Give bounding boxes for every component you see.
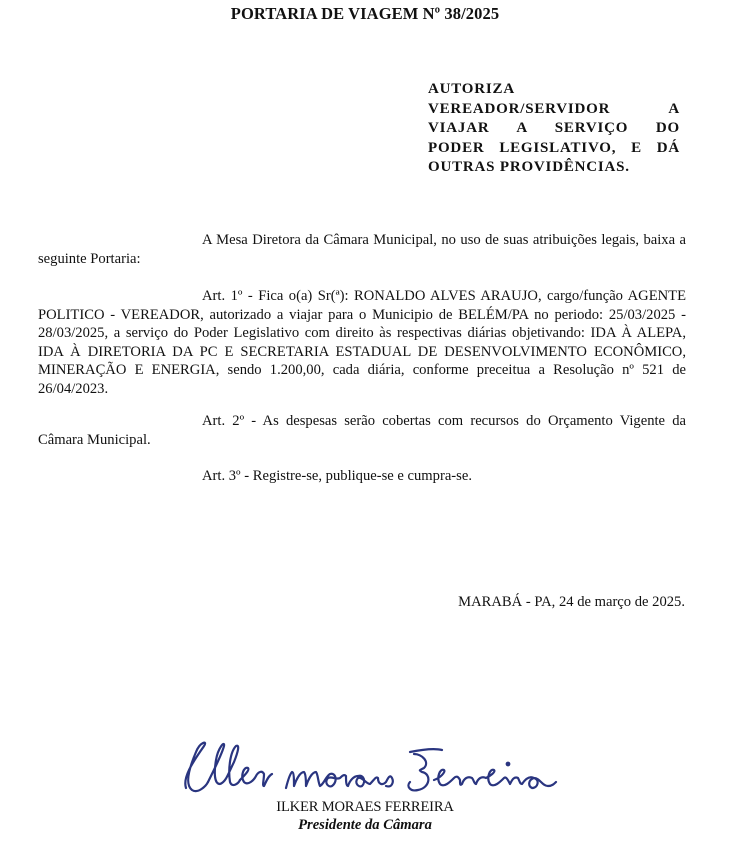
signer-name: ILKER MORAES FERREIRA [0, 799, 730, 816]
ementa-line: OUTRAS PROVIDÊNCIAS. [428, 158, 680, 178]
article-1: Art. 1º - Fica o(a) Sr(ª): RONALDO ALVES… [38, 287, 686, 398]
paragraph-text: Art. 2º - As despesas serão cobertas com… [38, 412, 686, 449]
paragraph-text: Art. 1º - Fica o(a) Sr(ª): RONALDO ALVES… [38, 287, 686, 398]
article-2: Art. 2º - As despesas serão cobertas com… [38, 412, 686, 449]
ementa-line: VEREADOR/SERVIDOR A [428, 100, 680, 120]
preamble-paragraph: A Mesa Diretora da Câmara Municipal, no … [38, 231, 686, 268]
handwritten-signature [178, 736, 558, 802]
place-date: MARABÁ - PA, 24 de março de 2025. [458, 594, 685, 611]
paragraph-text: A Mesa Diretora da Câmara Municipal, no … [38, 231, 686, 268]
ementa-line: PODER LEGISLATIVO, E DÁ [428, 139, 680, 159]
ementa-line: AUTORIZA [428, 80, 680, 100]
ementa: AUTORIZA VEREADOR/SERVIDOR A VIAJAR A SE… [428, 80, 680, 178]
document-title: PORTARIA DE VIAGEM Nº 38/2025 [0, 4, 730, 24]
ementa-line: VIAJAR A SERVIÇO DO [428, 119, 680, 139]
paragraph-text: Art. 3º - Registre-se, publique-se e cum… [38, 467, 686, 486]
signer-role: Presidente da Câmara [0, 817, 730, 834]
article-3: Art. 3º - Registre-se, publique-se e cum… [38, 467, 686, 486]
